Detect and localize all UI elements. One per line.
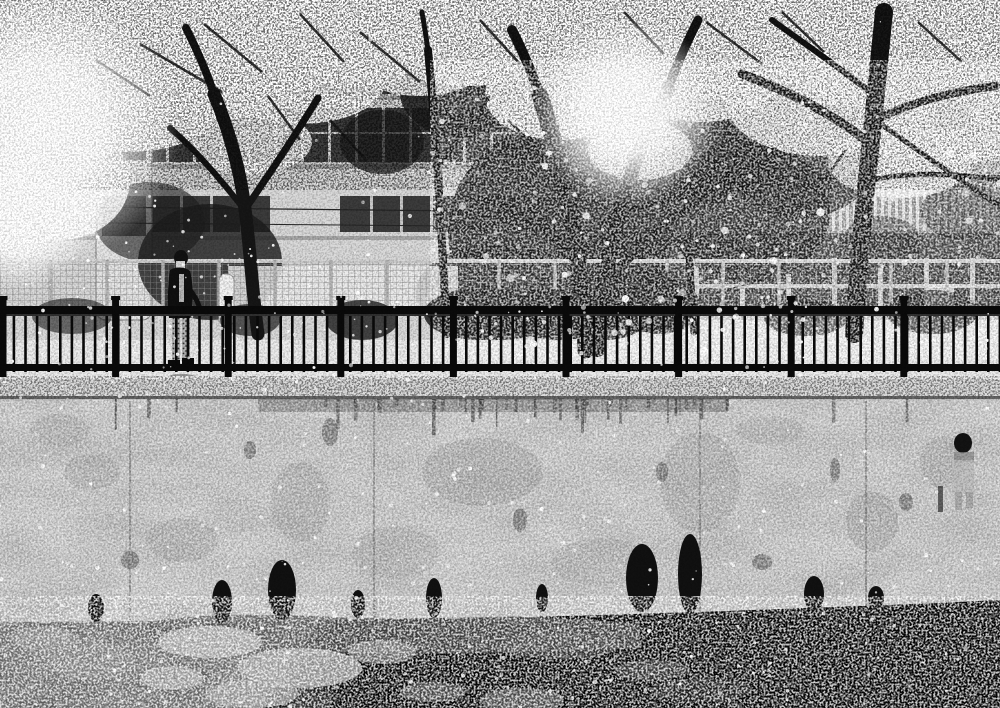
manga-canal-scene: Canal embankment under cherry blossoms (… [0, 0, 1000, 708]
manga-panel: Canal embankment under cherry blossoms (… [0, 0, 1000, 708]
global-grain [0, 0, 1000, 708]
